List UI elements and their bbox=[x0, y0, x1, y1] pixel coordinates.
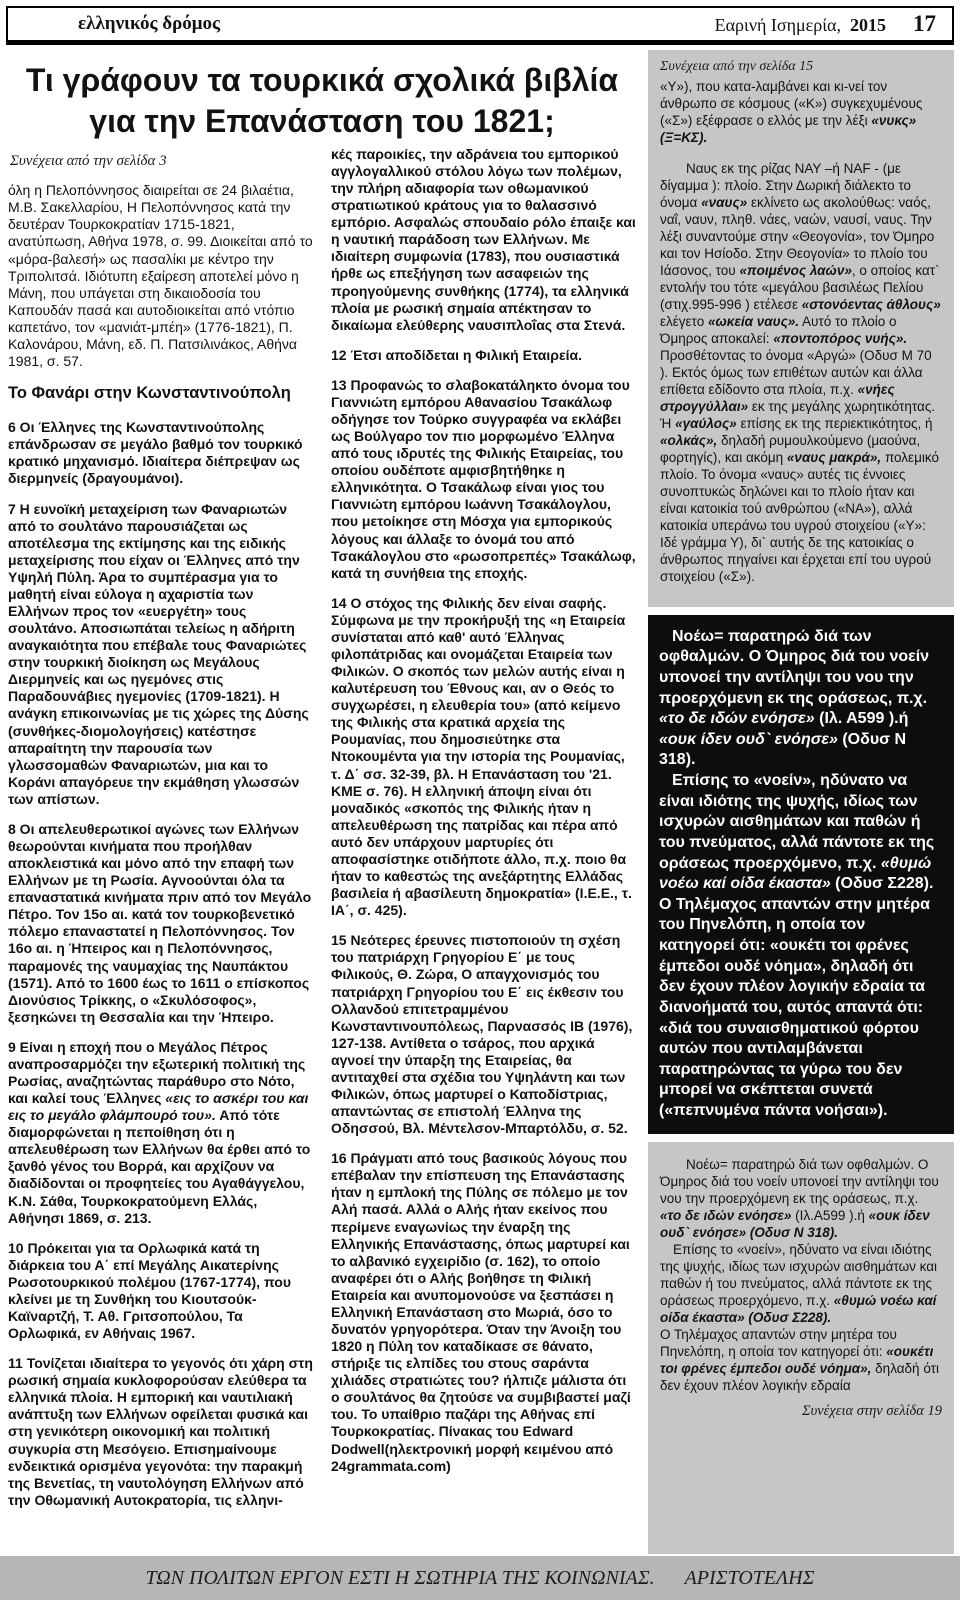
footnote-7: 7 Η ευνοϊκή μεταχείριση των Φαναριωτών α… bbox=[8, 501, 313, 808]
article-paragraph: όλη η Πελοπόννησος διαιρείται σε 24 βιλα… bbox=[8, 182, 313, 370]
page-footer: ΤΩΝ ΠΟΛΙΤΩΝ ΕΡΓΟΝ ΕΣΤΙ Η ΣΩΤΗΡΙΑ ΤΗΣ ΚΟΙ… bbox=[0, 1556, 960, 1600]
sidebar-paragraph: Νοέω= παρατηρώ διά των οφθαλμών. Ο Όμηρο… bbox=[660, 1156, 942, 1241]
footnote-8: 8 Οι απελευθερωτικοί αγώνες των Ελλήνων … bbox=[8, 821, 313, 1026]
article-column-2: κές παροικίες, την αδράνεια του εμπορικο… bbox=[331, 146, 636, 1522]
article-column-1: Συνέχεια από την σελίδα 3 όλη η Πελοπόνν… bbox=[8, 146, 313, 1522]
masthead: ελληνικός δρόμος Εαρινή Ισημερία, 2015 1… bbox=[6, 6, 954, 45]
continued-to-notice: Συνέχεια στην σελίδα 19 bbox=[660, 1402, 942, 1420]
article-title: Τι γράφουν τα τουρκικά σχολικά βιβλία γι… bbox=[8, 60, 636, 142]
section-heading: Το Φανάρι στην Κωνσταντινούπολη bbox=[8, 383, 313, 403]
footnote-14: 14 Ο στόχος της Φιλικής δεν είναι σαφής.… bbox=[331, 595, 636, 919]
sidebar-paragraph: «Υ»), που κατα-λαμβάνει και κι-νεί τον ά… bbox=[660, 78, 942, 146]
footer-attribution: ΑΡΙΣΤΟΤΕΛΗΣ bbox=[685, 1567, 815, 1590]
newspaper-title: ελληνικός δρόμος bbox=[78, 13, 220, 35]
article-paragraph: κές παροικίες, την αδράνεια του εμπορικο… bbox=[331, 146, 636, 334]
footnote-11: 11 Τονίζεται ιδιαίτερα το γεγονός ότι χά… bbox=[8, 1355, 313, 1509]
newspaper-page: ελληνικός δρόμος Εαρινή Ισημερία, 2015 1… bbox=[0, 0, 960, 1600]
article-columns: Συνέχεια από την σελίδα 3 όλη η Πελοπόνν… bbox=[8, 146, 636, 1522]
continued-from-notice-p15: Συνέχεια από την σελίδα 15 bbox=[660, 58, 942, 76]
footnote-12: 12 Έτσι αποδίδεται η Φιλική Εταιρεία. bbox=[331, 347, 636, 364]
highlight-paragraph: Επίσης το «νοείν», ηδύνατο να είναι ιδιό… bbox=[659, 771, 943, 895]
sidebar-paragraph: Ο Τηλέμαχος απαντών στην μητέρα του Πηνε… bbox=[660, 1326, 942, 1394]
article-title-line2: για την Επανάσταση του 1821; bbox=[8, 101, 636, 142]
sidebar-paragraph: Ναυς εκ της ρίζας ΝΑΥ –ή NAF - (με δίγαμ… bbox=[660, 160, 942, 585]
footnote-13: 13 Προφανώς το σλαβοκατάληκτο όνομα του … bbox=[331, 377, 636, 582]
footnote-15: 15 Νεότερες έρευνες πιστοποιούν τη σχέση… bbox=[331, 932, 636, 1137]
sidebar-paragraph: Επίσης το «νοείν», ηδύνατο να είναι ιδιό… bbox=[660, 1241, 942, 1326]
page-number: 17 bbox=[913, 11, 936, 37]
highlight-paragraph: Νοέω= παρατηρώ διά των οφθαλμών. Ο Όμηρο… bbox=[659, 627, 943, 771]
masthead-issue-info: Εαρινή Ισημερία, 2015 17 bbox=[715, 11, 936, 37]
issue-name: Εαρινή Ισημερία, bbox=[715, 15, 841, 36]
issue-year: 2015 bbox=[850, 15, 886, 36]
highlight-paragraph: Ο Τηλέμαχος απαντών στην μητέρα του Πηνε… bbox=[659, 895, 943, 1122]
footer-motto: ΤΩΝ ΠΟΛΙΤΩΝ ΕΡΓΟΝ ΕΣΤΙ Η ΣΩΤΗΡΙΑ ΤΗΣ ΚΟΙ… bbox=[145, 1567, 654, 1590]
article-title-line1: Τι γράφουν τα τουρκικά σχολικά βιβλία bbox=[8, 60, 636, 101]
gray-box-bottom: Νοέω= παρατηρώ διά των οφθαλμών. Ο Όμηρο… bbox=[648, 1142, 954, 1554]
continued-from-notice: Συνέχεια από την σελίδα 3 bbox=[10, 152, 313, 170]
sidebar-continuation-column: Συνέχεια από την σελίδα 15 «Υ»), που κατ… bbox=[648, 50, 954, 1554]
footnote-6: 6 Οι Έλληνες της Κωνσταντινούπολης επάνδ… bbox=[8, 419, 313, 487]
footnote-9: 9 Είναι η εποχή που ο Μεγάλος Πέτρος ανα… bbox=[8, 1039, 313, 1227]
page-content: Τι γράφουν τα τουρκικά σχολικά βιβλία γι… bbox=[8, 50, 954, 1554]
main-article: Τι γράφουν τα τουρκικά σχολικά βιβλία γι… bbox=[8, 50, 636, 1554]
footnote-10: 10 Πρόκειται για τα Ορλωφικά κατά τη διά… bbox=[8, 1240, 313, 1342]
black-highlight-box: Νοέω= παρατηρώ διά των οφθαλμών. Ο Όμηρο… bbox=[648, 615, 954, 1134]
footnote-16: 16 Πράγματι από τους βασικούς λόγους που… bbox=[331, 1150, 636, 1474]
gray-box-top: Συνέχεια από την σελίδα 15 «Υ»), που κατ… bbox=[648, 50, 954, 607]
